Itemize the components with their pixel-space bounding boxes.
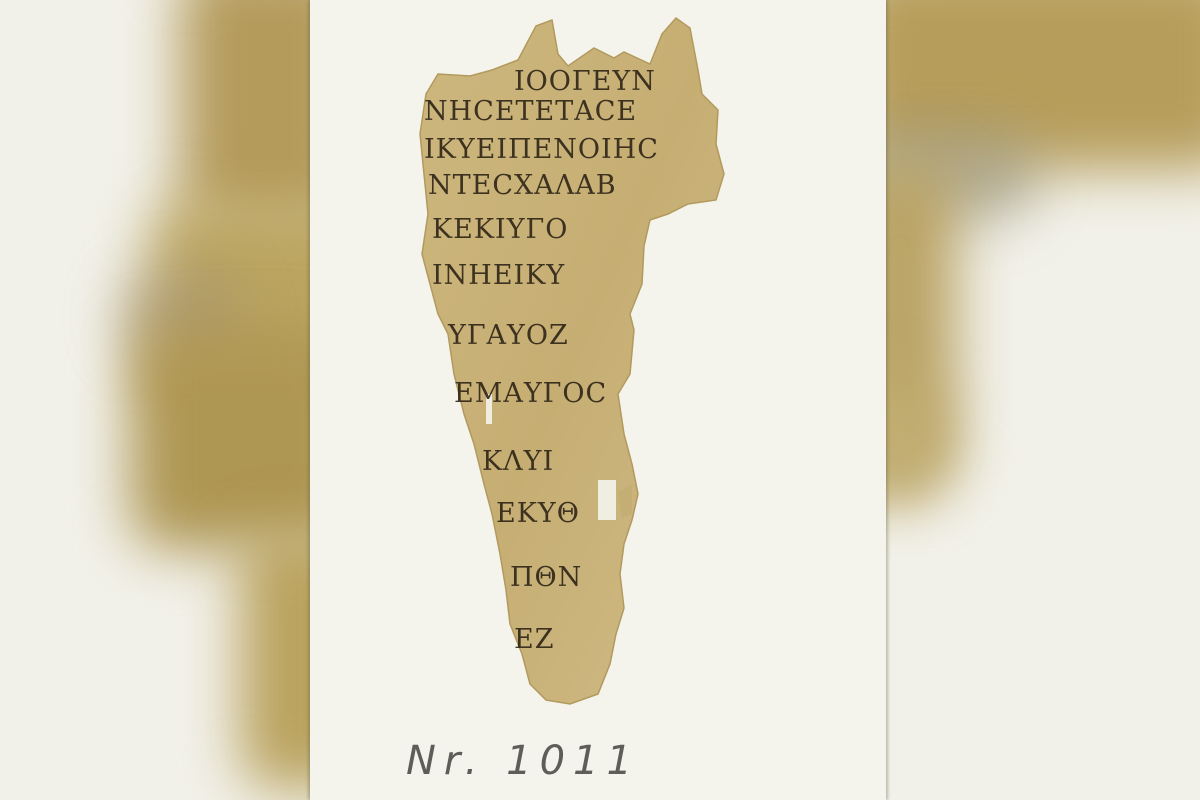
papyrus-line: ΝΗCΕΤΕΤΑCΕ: [424, 96, 637, 127]
papyrus-line: ΕΜΑΥΓΟC: [454, 378, 607, 409]
papyrus-fragment: ΙΟΟΓΕΥΝ ΝΗCΕΤΕΤΑCΕ ΙΚΥΕΙΠΕΝΟΙΗC ΝΤΕCΧΑΛΑ…: [418, 14, 738, 714]
papyrus-line: ΚΕΚΙΥΓΟ: [432, 214, 568, 245]
papyrus-line: ΚΛΥΙ: [482, 446, 554, 477]
papyrus-line: ΥΓΑΥΟΖ: [448, 320, 569, 351]
papyrus-line: ΙΝΗΕΙΚΥ: [432, 260, 565, 291]
mounting-card: ΙΟΟΓΕΥΝ ΝΗCΕΤΕΤΑCΕ ΙΚΥΕΙΠΕΝΟΙΗC ΝΤΕCΧΑΛΑ…: [310, 0, 886, 800]
blurred-background-left: [0, 0, 310, 800]
inventory-number-label: Nr. 1011: [406, 738, 640, 784]
papyrus-line: ΕΚΥΘ: [496, 498, 580, 529]
blur-patch: [886, 380, 936, 500]
blur-patch: [240, 530, 310, 790]
blurred-background-right: [886, 0, 1200, 800]
papyrus-line: ΙΟΟΓΕΥΝ: [514, 66, 656, 97]
papyrus-line: ΙΚΥΕΙΠΕΝΟΙΗC: [424, 134, 659, 165]
blur-patch: [180, 0, 310, 230]
papyrus-line: ΝΤΕCΧΑΛΑΒ: [428, 170, 617, 201]
papyrus-line: ΠΘΝ: [510, 562, 582, 593]
papyrus-line: ΕΖ: [514, 624, 554, 655]
blur-patch: [130, 330, 310, 550]
